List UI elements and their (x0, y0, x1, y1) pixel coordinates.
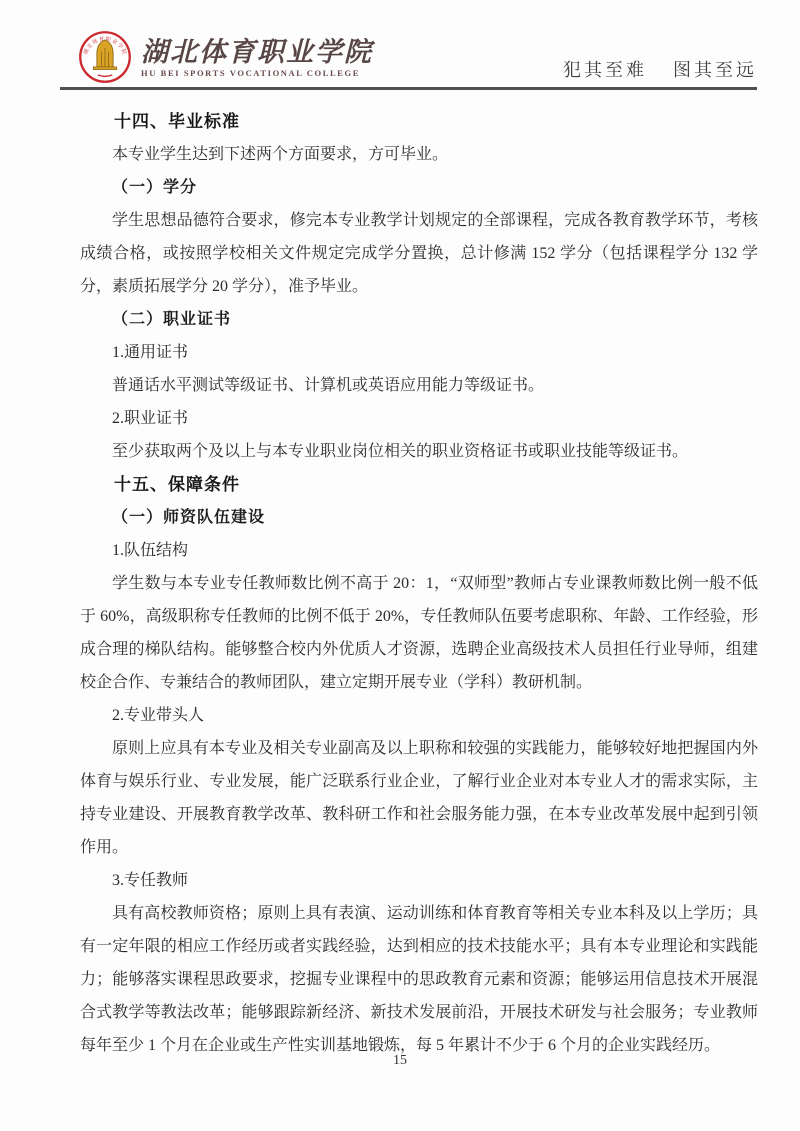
paragraph-credits: 学生思想品德符合要求，修完本专业教学计划规定的全部课程，完成各教育教学环节，考核… (80, 204, 758, 303)
subsection-faculty: （一）师资队伍建设 (80, 501, 758, 534)
paragraph-graduation-intro: 本专业学生达到下述两个方面要求，方可毕业。 (80, 138, 758, 171)
item-program-leader: 2.专业带头人 (80, 699, 758, 732)
motto-left: 犯其至难 (563, 60, 647, 80)
section-heading-14: 十四、毕业标准 (80, 105, 758, 138)
college-brand: 湖北体育职业学院 湖北体育职业学院 HU BEI SPORTS VOCATION… (60, 30, 373, 84)
subsection-credits: （一）学分 (80, 171, 758, 204)
college-motto: 犯其至难图其至远 (563, 56, 757, 84)
college-name-en: HU BEI SPORTS VOCATIONAL COLLEGE (141, 68, 373, 78)
paragraph-general-certificate: 普通话水平测试等级证书、计算机或英语应用能力等级证书。 (80, 369, 758, 402)
college-name-cn: 湖北体育职业学院 (141, 37, 373, 67)
page-header: 湖北体育职业学院 湖北体育职业学院 HU BEI SPORTS VOCATION… (60, 0, 757, 90)
paragraph-program-leader: 原则上应具有本专业及相关专业副高及以上职称和较强的实践能力，能够较好地把握国内外… (80, 732, 758, 864)
paragraph-fulltime-teachers: 具有高校教师资格；原则上具有表演、运动训练和体育教育等相关专业本科及以上学历；具… (80, 897, 758, 1062)
page-number: 15 (0, 1053, 800, 1069)
document-page: 湖北体育职业学院 湖北体育职业学院 HU BEI SPORTS VOCATION… (0, 0, 800, 1131)
item-general-certificate: 1.通用证书 (80, 336, 758, 369)
paragraph-team-structure: 学生数与本专业专任教师数比例不高于 20：1，“双师型”教师占专业课教师数比例一… (80, 567, 758, 699)
section-heading-15: 十五、保障条件 (80, 468, 758, 501)
document-body: 十四、毕业标准 本专业学生达到下述两个方面要求，方可毕业。 （一）学分 学生思想… (0, 90, 800, 1062)
item-fulltime-teachers: 3.专任教师 (80, 864, 758, 897)
college-names: 湖北体育职业学院 HU BEI SPORTS VOCATIONAL COLLEG… (141, 37, 373, 78)
item-vocational-certificate: 2.职业证书 (80, 402, 758, 435)
item-team-structure: 1.队伍结构 (80, 534, 758, 567)
subsection-certificates: （二）职业证书 (80, 303, 758, 336)
college-seal-icon: 湖北体育职业学院 (78, 30, 132, 84)
paragraph-vocational-certificate: 至少获取两个及以上与本专业职业岗位相关的职业资格证书或职业技能等级证书。 (80, 435, 758, 468)
motto-right: 图其至远 (673, 60, 757, 80)
